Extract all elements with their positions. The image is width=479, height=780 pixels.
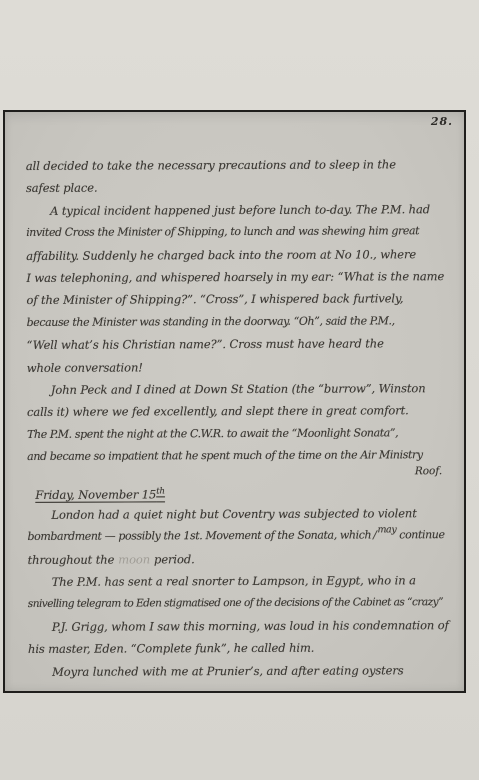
caret-mark: / — [373, 529, 376, 542]
line-segment: throughout the — [28, 552, 115, 566]
handwritten-line-with-faint-word: throughout themoonperiod. — [28, 547, 459, 571]
date-heading-text: Friday, November 15th — [35, 488, 165, 503]
handwritten-line: all decided to take the necessary precau… — [26, 153, 457, 177]
handwritten-line: The P.M. spent the night at the C.W.R. t… — [27, 422, 458, 446]
handwritten-line: I was telephoning, and whispered hoarsel… — [26, 265, 457, 289]
handwritten-line: London had a quiet night but Coventry wa… — [27, 502, 458, 526]
handwriting-block: all decided to take the necessary precau… — [26, 153, 459, 688]
handwritten-line: because the Minister was standing in the… — [27, 310, 458, 334]
handwritten-line: John Peck and I dined at Down St Station… — [27, 377, 458, 401]
inserted-word-may: may — [377, 524, 396, 535]
handwritten-line: his master, Eden. “Complete funk”, he ca… — [28, 636, 459, 660]
line-segment: continue — [399, 528, 444, 541]
handwritten-line: calls it) where we fed excellently, and … — [27, 399, 458, 423]
date-heading-ordinal: th — [156, 487, 165, 497]
date-heading-main: Friday, November 15 — [35, 488, 156, 503]
line-segment: bombardment — possibly the 1st. Movement… — [27, 529, 371, 543]
handwritten-line: Moyra lunched with me at Prunier’s, and … — [28, 659, 459, 683]
handwritten-line: “Well what’s his Christian name?”. Cross… — [27, 332, 458, 356]
line-segment: period. — [154, 552, 195, 566]
handwritten-line: and became so impatient that he spent mu… — [27, 444, 458, 468]
date-heading: Friday, November 15th — [27, 480, 458, 504]
handwritten-line: whole conversation! — [27, 355, 458, 379]
handwritten-line: A typical incident happened just before … — [26, 198, 457, 222]
handwritten-line-with-insertion: bombardment — possibly the 1st. Movement… — [27, 524, 458, 548]
handwritten-line: The P.M. has sent a real snorter to Lamp… — [28, 569, 459, 593]
handwritten-line: snivelling telegram to Eden stigmatised … — [28, 591, 459, 615]
handwritten-line: affability. Suddenly he charged back int… — [26, 243, 457, 267]
faint-word-moon: moon — [118, 552, 150, 566]
handwritten-line: of the Minister of Shipping?”. “Cross”, … — [26, 287, 457, 311]
handwritten-line: invited Cross the Minister of Shipping, … — [26, 220, 457, 244]
diary-page-scan: 28. all decided to take the necessary pr… — [3, 110, 466, 693]
handwritten-line: P.J. Grigg, whom I saw this morning, was… — [28, 614, 459, 638]
handwritten-line: safest place. — [26, 175, 457, 199]
page-number: 28. — [431, 115, 453, 128]
